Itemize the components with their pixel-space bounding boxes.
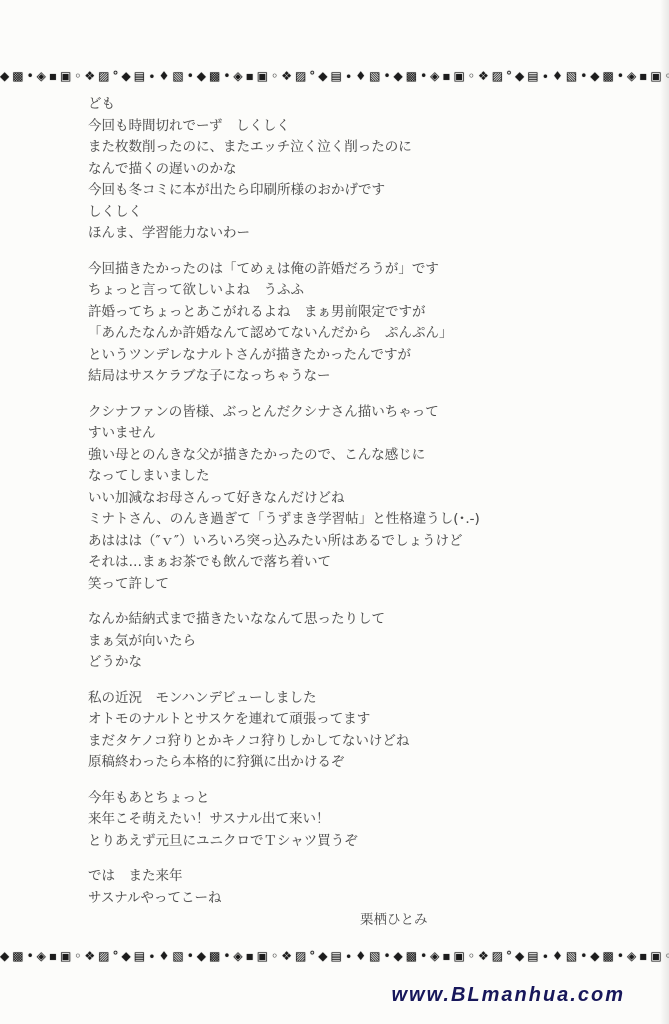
text-line: すいません <box>88 423 628 445</box>
paragraph: 今年もあとちょっと来年こそ萌えたい！サスナル出て来い！とりあえず元旦にユニクロで… <box>88 788 628 853</box>
text-line: それは…まぁお茶でも飲んで落ち着いて <box>88 552 628 574</box>
paragraph: ども今回も時間切れでーず しくしくまた枚数削ったのに、またエッチ泣く泣く削ったの… <box>88 94 628 245</box>
text-line: 「あんたなんか許婚なんて認めてないんだから ぷんぷん」 <box>88 323 628 345</box>
text-line: なんか結納式まで描きたいななんて思ったりして <box>88 609 628 631</box>
text-line: 来年こそ萌えたい！サスナル出て来い！ <box>88 809 628 831</box>
text-line: クシナファンの皆様、ぶっとんだクシナさん描いちゃって <box>88 402 628 424</box>
text-line: ども <box>88 94 628 116</box>
site-watermark: www.BLmanhua.com <box>391 984 625 1007</box>
text-line: ミナトさん、のんき過ぎて「うずまき学習帖」と性格違うし(･.-) <box>88 509 628 531</box>
text-line: 笑って許して <box>88 574 628 596</box>
paragraph: 今回描きたかったのは「てめぇは俺の許婚だろうが」ですちょっと言って欲しいよね う… <box>88 259 628 388</box>
text-line: まだタケノコ狩りとかキノコ狩りしかしてないけどね <box>88 731 628 753</box>
text-line: 今回描きたかったのは「てめぇは俺の許婚だろうが」です <box>88 259 628 281</box>
author-signature: 栗栖ひとみ <box>360 908 428 928</box>
text-line: まぁ気が向いたら <box>88 631 628 653</box>
text-line: ほんま、学習能力ないわー <box>88 223 628 245</box>
scanned-afterword-page: ◆▩•◈▪▣◦❖▨°◆▤∙♦▧•◆▩•◈▪▣◦❖▨°◆▤∙♦▧•◆▩•◈▪▣◦❖… <box>0 0 669 1024</box>
text-line: では また来年 <box>88 866 628 888</box>
text-line: とりあえず元旦にユニクロでＴシャツ買うぞ <box>88 831 628 853</box>
text-line: いい加減なお母さんって好きなんだけどね <box>88 488 628 510</box>
text-line: ちょっと言って欲しいよね うふふ <box>88 280 628 302</box>
text-line: どうかな <box>88 652 628 674</box>
text-line: 強い母とのんきな父が描きたかったので、こんな感じに <box>88 445 628 467</box>
text-line: 今回も冬コミに本が出たら印刷所様のおかげです <box>88 180 628 202</box>
text-line: 結局はサスケラブな子になっちゃうなー <box>88 366 628 388</box>
text-line: あははは（″ｖ″）いろいろ突っ込みたい所はあるでしょうけど <box>88 531 628 553</box>
text-line: 今回も時間切れでーず しくしく <box>88 116 628 138</box>
text-line: 原稿終わったら本格的に狩猟に出かけるぞ <box>88 752 628 774</box>
text-line: また枚数削ったのに、またエッチ泣く泣く削ったのに <box>88 137 628 159</box>
paragraph: では また来年サスナルやってこーね <box>88 866 628 909</box>
top-ornament-border: ◆▩•◈▪▣◦❖▨°◆▤∙♦▧•◆▩•◈▪▣◦❖▨°◆▤∙♦▧•◆▩•◈▪▣◦❖… <box>0 66 669 86</box>
text-line: なんで描くの遅いのかな <box>88 159 628 181</box>
paragraph: クシナファンの皆様、ぶっとんだクシナさん描いちゃってすいません強い母とのんきな父… <box>88 402 628 596</box>
text-line: というツンデレなナルトさんが描きたかったんですが <box>88 345 628 367</box>
bottom-ornament-border: ◆▩•◈▪▣◦❖▨°◆▤∙♦▧•◆▩•◈▪▣◦❖▨°◆▤∙♦▧•◆▩•◈▪▣◦❖… <box>0 946 669 966</box>
scan-edge-shadow <box>660 0 669 1024</box>
text-line: 今年もあとちょっと <box>88 788 628 810</box>
text-line: オトモのナルトとサスケを連れて頑張ってます <box>88 709 628 731</box>
text-line: なってしまいました <box>88 466 628 488</box>
text-line: しくしく <box>88 202 628 224</box>
text-line: 許婚ってちょっとあこがれるよね まぁ男前限定ですが <box>88 302 628 324</box>
afterword-text: ども今回も時間切れでーず しくしくまた枚数削ったのに、またエッチ泣く泣く削ったの… <box>88 94 628 923</box>
text-line: サスナルやってこーね <box>88 888 628 910</box>
text-line: 私の近況 モンハンデビューしました <box>88 688 628 710</box>
paragraph: 私の近況 モンハンデビューしましたオトモのナルトとサスケを連れて頑張ってますまだ… <box>88 688 628 774</box>
paragraph: なんか結納式まで描きたいななんて思ったりしてまぁ気が向いたらどうかな <box>88 609 628 674</box>
